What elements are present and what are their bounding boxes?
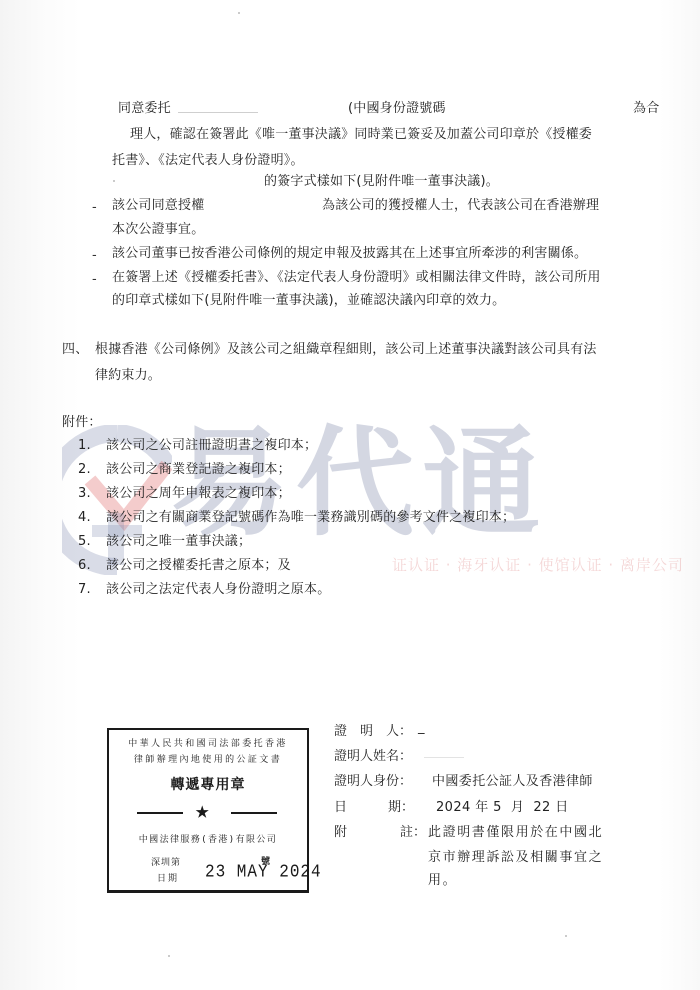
redaction-mark bbox=[424, 757, 464, 758]
stamp-date-label: 日期 bbox=[157, 871, 179, 884]
stamp-line-1: 中華人民共和國司法部委托香港 bbox=[109, 736, 307, 749]
bullet-3-line-2: 的印章式樣如下(見附件唯一董事決議)，並確認決議內印章的效力。 bbox=[112, 293, 505, 309]
para-line-1c: 為合 bbox=[633, 101, 659, 117]
official-stamp: 中華人民共和國司法部委托香港 律師辦理內地使用的公証文書 轉遞專用章 ★ 中國法… bbox=[107, 728, 309, 893]
scan-speck bbox=[238, 12, 240, 14]
attachment-item: 該公司之法定代表人身份證明之原本。 bbox=[106, 582, 330, 598]
attachments-heading: 附件： bbox=[62, 415, 102, 431]
attachment-num: 4. bbox=[78, 510, 91, 526]
document-page: 易代通 证认证 · 海牙认证 · 使馆认证 · 离岸公司 同意委托 (中國身份證… bbox=[0, 0, 700, 990]
bullet-3-line-1: 在簽署上述《授權委托書》、《法定代表人身份證明》或相關法律文件時，該公司所用 bbox=[112, 270, 601, 286]
para-line-1a: 同意委托 bbox=[118, 101, 171, 117]
attachment-item: 該公司之有關商業登記號碼作為唯一業務識別碼的參考文件之複印本； bbox=[106, 510, 515, 526]
date-label-1: 日 bbox=[334, 796, 347, 815]
bullet-1-line-1b: 為該公司的獲授權人士，代表該公司在香港辦理 bbox=[322, 198, 599, 214]
stamp-title: 轉遞專用章 bbox=[109, 774, 307, 794]
attachment-item: 該公司之周年申報表之複印本； bbox=[106, 486, 291, 502]
scan-speck bbox=[113, 180, 115, 182]
redaction-mark bbox=[178, 112, 258, 113]
attachment-num: 1. bbox=[78, 438, 91, 454]
bullet-2-line-1: 該公司董事已按香港公司條例的規定申報及披露其在上述事宜所牽涉的利害關係。 bbox=[112, 246, 587, 262]
para-line-2: 理人，確認在簽署此《唯一董事決議》同時業已簽妥及加蓋公司印章於《授權委 bbox=[130, 127, 592, 143]
bullet-marker: - bbox=[92, 200, 97, 215]
certifier-value: _ bbox=[418, 720, 425, 735]
bullet-marker: - bbox=[92, 248, 97, 263]
stamp-rule-left bbox=[137, 812, 183, 814]
attachment-num: 7. bbox=[78, 582, 91, 598]
attachment-num: 2. bbox=[78, 462, 91, 478]
note-label-2: 註： bbox=[400, 821, 426, 840]
para-line-4: 的簽字式樣如下(見附件唯一董事決議)。 bbox=[264, 174, 499, 190]
stamp-star-row: ★ bbox=[109, 800, 307, 824]
bullet-1-line-2: 本次公證事宜。 bbox=[112, 222, 204, 238]
para-line-1b: (中國身份證號碼 bbox=[348, 101, 446, 117]
certifier-label: 證 明 人： bbox=[334, 720, 412, 739]
attachment-num: 5. bbox=[78, 534, 91, 550]
date-label-2: 期： bbox=[388, 796, 414, 815]
scan-speck bbox=[168, 955, 170, 957]
stamp-number-label: 深圳第 bbox=[151, 855, 181, 868]
certifier-name-label: 證明人姓名： bbox=[334, 745, 412, 764]
bullet-1-line-1a: 該公司同意授權 bbox=[112, 198, 204, 214]
certification-date: 2024 年 5 月 22 日 bbox=[436, 796, 569, 815]
bullet-marker: - bbox=[92, 272, 97, 287]
watermark-tagline: 证认证 · 海牙认证 · 使馆认证 · 离岸公司 bbox=[392, 556, 684, 574]
attachment-item: 該公司之授權委托書之原本；及 bbox=[106, 558, 291, 574]
attachment-num: 3. bbox=[78, 486, 91, 502]
certifier-identity-label: 證明人身份： bbox=[334, 770, 412, 789]
star-icon: ★ bbox=[195, 798, 209, 822]
section-four-line-2: 律約束力。 bbox=[95, 368, 161, 384]
attachment-item: 該公司之商業登記證之複印本； bbox=[106, 462, 291, 478]
stamp-line-2: 律師辦理內地使用的公証文書 bbox=[109, 752, 307, 765]
attachment-item: 該公司之唯一董事決議； bbox=[106, 534, 251, 550]
stamp-date: 23 MAY 2024 bbox=[205, 862, 322, 883]
attachment-item: 該公司之公司註冊證明書之複印本； bbox=[106, 438, 317, 454]
para-line-3: 托書》、《法定代表人身份證明》。 bbox=[112, 153, 304, 169]
attachment-num: 6. bbox=[78, 558, 91, 574]
section-four-number: 四、 bbox=[62, 342, 88, 358]
note-line-3: 用。 bbox=[428, 869, 457, 888]
stamp-company: 中國法律服務(香港)有限公司 bbox=[109, 832, 307, 845]
stamp-rule-right bbox=[231, 812, 277, 814]
scan-speck bbox=[565, 935, 567, 937]
note-label-1: 附 bbox=[334, 821, 347, 840]
section-four-line-1: 根據香港《公司條例》及該公司之組織章程細則，該公司上述董事決議對該公司具有法 bbox=[95, 342, 597, 358]
certifier-identity-value: 中國委托公証人及香港律師 bbox=[432, 770, 593, 789]
note-line-1: 此證明書僅限用於在中國北 bbox=[428, 821, 603, 840]
note-line-2: 京市辦理訴訟及相關事宜之 bbox=[428, 846, 603, 865]
